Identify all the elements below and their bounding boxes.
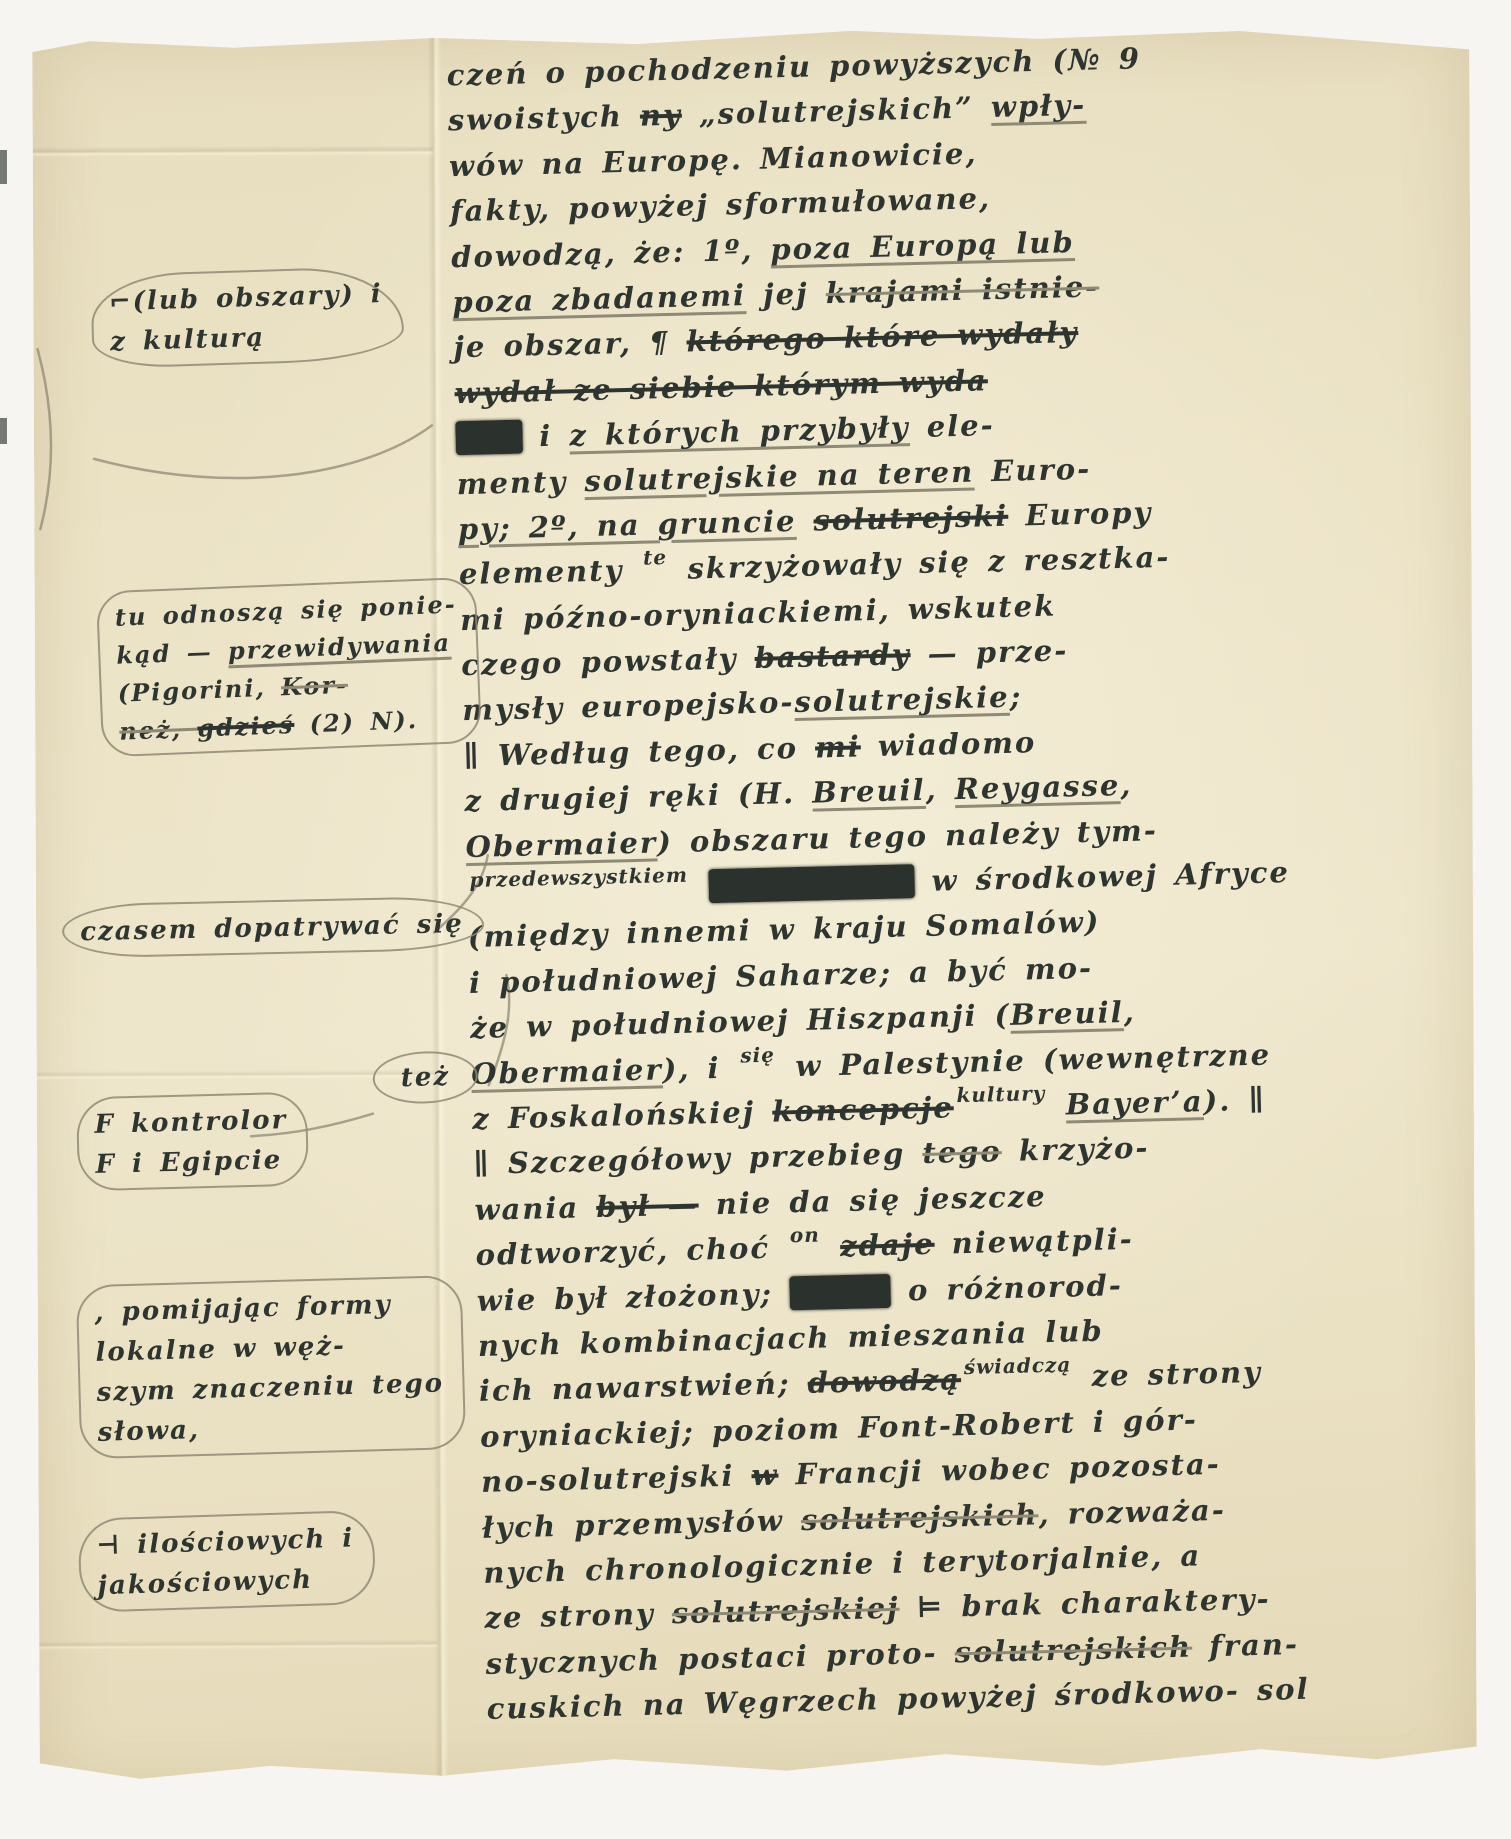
edited-segment-blot: poszukiwać [708, 864, 915, 903]
edited-segment-u: py; 2º, na gruncie [457, 504, 796, 546]
text-segment: ). ∥ [1203, 1083, 1266, 1119]
text-segment: — prze- [910, 633, 1069, 671]
scan-edge-mark [0, 150, 7, 184]
text-segment: ; [1009, 680, 1023, 714]
text-segment: wania [474, 1190, 597, 1227]
text-segment: „solutrejskich” [681, 90, 991, 132]
edited-segment-st: ny [639, 98, 682, 133]
text-segment: Euro- [974, 451, 1092, 488]
edited-segment-st: zdaje [840, 1227, 935, 1263]
margin-note-line: z kulturą [110, 314, 385, 362]
margin-note-egipcie: F kontrolorF i Egipcie [76, 1092, 309, 1192]
text-segment: wie był złożony; [476, 1276, 790, 1318]
text-segment [796, 503, 814, 537]
text-segment: , [1123, 995, 1136, 1029]
text-segment: ze strony [1074, 1355, 1262, 1394]
text-segment: stycznych postaci proto- [485, 1635, 955, 1680]
edited-segment-ins: przedewszystkiem [469, 853, 689, 904]
edited-segment-stp: neż, [119, 714, 198, 746]
margin-note-line: F i Egipcie [95, 1140, 289, 1185]
horizontal-crease-low [39, 1639, 437, 1650]
edited-segment-blot: ami [455, 420, 522, 456]
edited-segment-stp: tego [922, 1134, 1002, 1170]
edited-segment-st: wydał ze siebie którym wyda [454, 363, 988, 410]
text-segment: , pomijając formy [94, 1290, 392, 1328]
edited-segment-ins: się [740, 1032, 776, 1078]
text-segment: o różnorod- [890, 1268, 1123, 1308]
text-segment: z drugiej ręki (H. [464, 776, 813, 818]
edited-segment-st: którego które wydały [686, 315, 1079, 359]
edited-segment-u: wpły- [990, 88, 1086, 124]
edited-segment-stp: solutrejskich [801, 1497, 1039, 1537]
text-segment [823, 1229, 841, 1263]
text-segment: czasem dopatrywać się [80, 909, 464, 947]
text-segment: swoistych [447, 99, 640, 138]
margin-note-line: czasem dopatrywać się [80, 904, 465, 952]
edited-segment-st: bastardy [754, 637, 911, 675]
text-segment [1048, 1088, 1066, 1122]
edited-segment-u: Breuil [1010, 995, 1124, 1032]
horizontal-crease-top [33, 145, 433, 157]
text-segment: krzyżo- [1001, 1131, 1149, 1169]
text-segment: F i Egipcie [95, 1145, 282, 1180]
text-segment: jej [746, 276, 826, 312]
edited-segment-st: koncepcje [772, 1090, 954, 1128]
text-segment: dowodzą, że: 1º, [451, 232, 771, 274]
text-segment: ∥ Szczegółowy przebieg [473, 1136, 923, 1181]
text-segment: lokalne w węż- [95, 1331, 346, 1368]
text-segment: kąd — [116, 636, 229, 669]
scan-edge-mark [0, 418, 7, 444]
scanned-manuscript-page: { "manuscript": { "language": "Polish", … [0, 0, 1511, 1839]
text-segment: w środkowej Afryce [914, 855, 1290, 898]
edited-segment-stp: solutrejskiej [671, 1591, 900, 1631]
margin-note-line: też [400, 1056, 451, 1098]
text-segment: ⊣ ilościowych i [96, 1523, 355, 1561]
margin-note-line: ⊣ ilościowych i [96, 1518, 355, 1566]
text-segment: i [522, 419, 570, 454]
text-segment: ⊨ brak charaktery- [899, 1582, 1271, 1625]
text-segment: je obszar, ¶ [453, 325, 687, 365]
text-segment: (Pigorini, [117, 672, 281, 707]
text-segment: ele- [909, 408, 995, 444]
edited-segment-ins: te [643, 535, 668, 581]
text-segment: ze strony [484, 1597, 672, 1636]
edited-segment-u: przewidywania [227, 628, 451, 666]
main-text-column: czeń o pochodzeniu powyższych (№ 9swoist… [446, 31, 1387, 1732]
text-segment: mysły europejsko- [462, 685, 795, 727]
text-segment: ), i [662, 1050, 738, 1086]
edited-segment-stp: solutrejskich [954, 1629, 1192, 1669]
edited-segment-u: Reygasse [954, 768, 1120, 806]
edited-segment-u: Bayer’a [1065, 1084, 1204, 1121]
edited-segment-stp: krajami istnie- [825, 269, 1099, 310]
text-segment: , [925, 772, 955, 807]
edited-segment-stp: Kor- [281, 670, 349, 702]
text-segment: F kontrolor [94, 1105, 287, 1140]
text-segment: też [400, 1061, 450, 1093]
text-segment: , [1120, 768, 1133, 802]
text-segment: słowa, [97, 1415, 200, 1448]
text-segment: nie da się jeszcze [698, 1179, 1047, 1221]
edited-segment-u: solutrejskie na teren [584, 454, 975, 498]
margin-note-dopatrywac: czasem dopatrywać się [62, 896, 485, 959]
text-segment: (2) N). [294, 705, 419, 739]
edited-segment-st: dowodzą [807, 1362, 961, 1400]
margin-note-tez: też [372, 1049, 479, 1105]
text-segment: menty [456, 464, 584, 501]
margin-note-formy-lokalne: , pomijając formylokalne w węż-szym znac… [76, 1275, 466, 1459]
text-segment: ∥ Według tego, co [463, 730, 815, 773]
text-segment: wiadomo [860, 725, 1036, 763]
text-segment: czego powstały [461, 641, 755, 682]
text-segment: Europy [1008, 495, 1153, 533]
text-segment: ich nawarstwień; [479, 1366, 809, 1408]
text-segment: elementy [459, 553, 641, 591]
margin-note-lub-obszary: ⌐(lub obszary) iz kulturą [90, 265, 405, 368]
text-segment: ⌐(lub obszary) i [108, 279, 383, 317]
edited-segment-st: solutrejski [813, 499, 1009, 538]
text-segment [691, 869, 709, 903]
edited-segment-ins: świadczą [963, 1343, 1072, 1391]
edited-segment-ins: kultury [956, 1071, 1046, 1119]
margin-note-ilosciowych: ⊣ ilościowych ijakościowych [77, 1510, 376, 1613]
margin-note-line: F kontrolor [94, 1100, 288, 1145]
text-segment: mi późno-oryniackiemi, wskutek [460, 588, 1057, 637]
edited-segment-u: poza Europą lub [770, 225, 1075, 266]
edited-segment-st: mi [815, 729, 862, 764]
text-segment: no-solutrejski [481, 1458, 752, 1499]
edited-segment-u: Obermaier [471, 1052, 663, 1091]
text-segment: , rozważa- [1038, 1492, 1226, 1531]
text-segment: niewątpli- [934, 1222, 1134, 1261]
manuscript-paper-sheet: czeń o pochodzeniu powyższych (№ 9swoist… [32, 23, 1477, 1795]
text-segment: z Foskalońskiej [472, 1095, 773, 1136]
edited-segment-u: z których przybyły [569, 410, 910, 452]
text-segment: z kulturą [110, 323, 266, 358]
edited-segment-u: Breuil [812, 773, 926, 810]
margin-note-line: jakościowych [97, 1558, 356, 1606]
text-segment: łych przemysłów [482, 1503, 801, 1545]
edited-segment-st: był — [596, 1187, 699, 1223]
text-segment: Francji wobec pozosta- [778, 1447, 1221, 1492]
text-segment: jakościowych [97, 1565, 313, 1602]
edited-segment-blot: ażeby [790, 1273, 892, 1309]
edited-segment-ins: on [789, 1213, 820, 1259]
margin-note-przewidywania: tu odnoszą się ponie-kąd — przewidywania… [96, 577, 482, 758]
margin-note-line: ⌐(lub obszary) i [108, 274, 383, 322]
text-segment: fakty, powyżej sformułowane, [450, 181, 992, 228]
text-segment: wów na Europę. Mianowicie, [449, 136, 978, 183]
text-segment: ) obszaru tego należy tym- [657, 813, 1158, 859]
edited-segment-u: poza zbadanemi [452, 278, 747, 319]
text-segment: szym znaczeniu tego [96, 1368, 444, 1407]
edited-segment-st: w [751, 1458, 779, 1493]
edited-segment-u: solutrejskie [794, 680, 1010, 719]
margin-note-line: słowa, [97, 1403, 446, 1452]
text-segment: skrzyżowały się z resztka- [670, 540, 1171, 586]
edited-segment-st: gdzieś [197, 710, 295, 743]
text-segment: odtworzyć, choć [475, 1231, 787, 1273]
text-segment: fran- [1192, 1627, 1300, 1664]
